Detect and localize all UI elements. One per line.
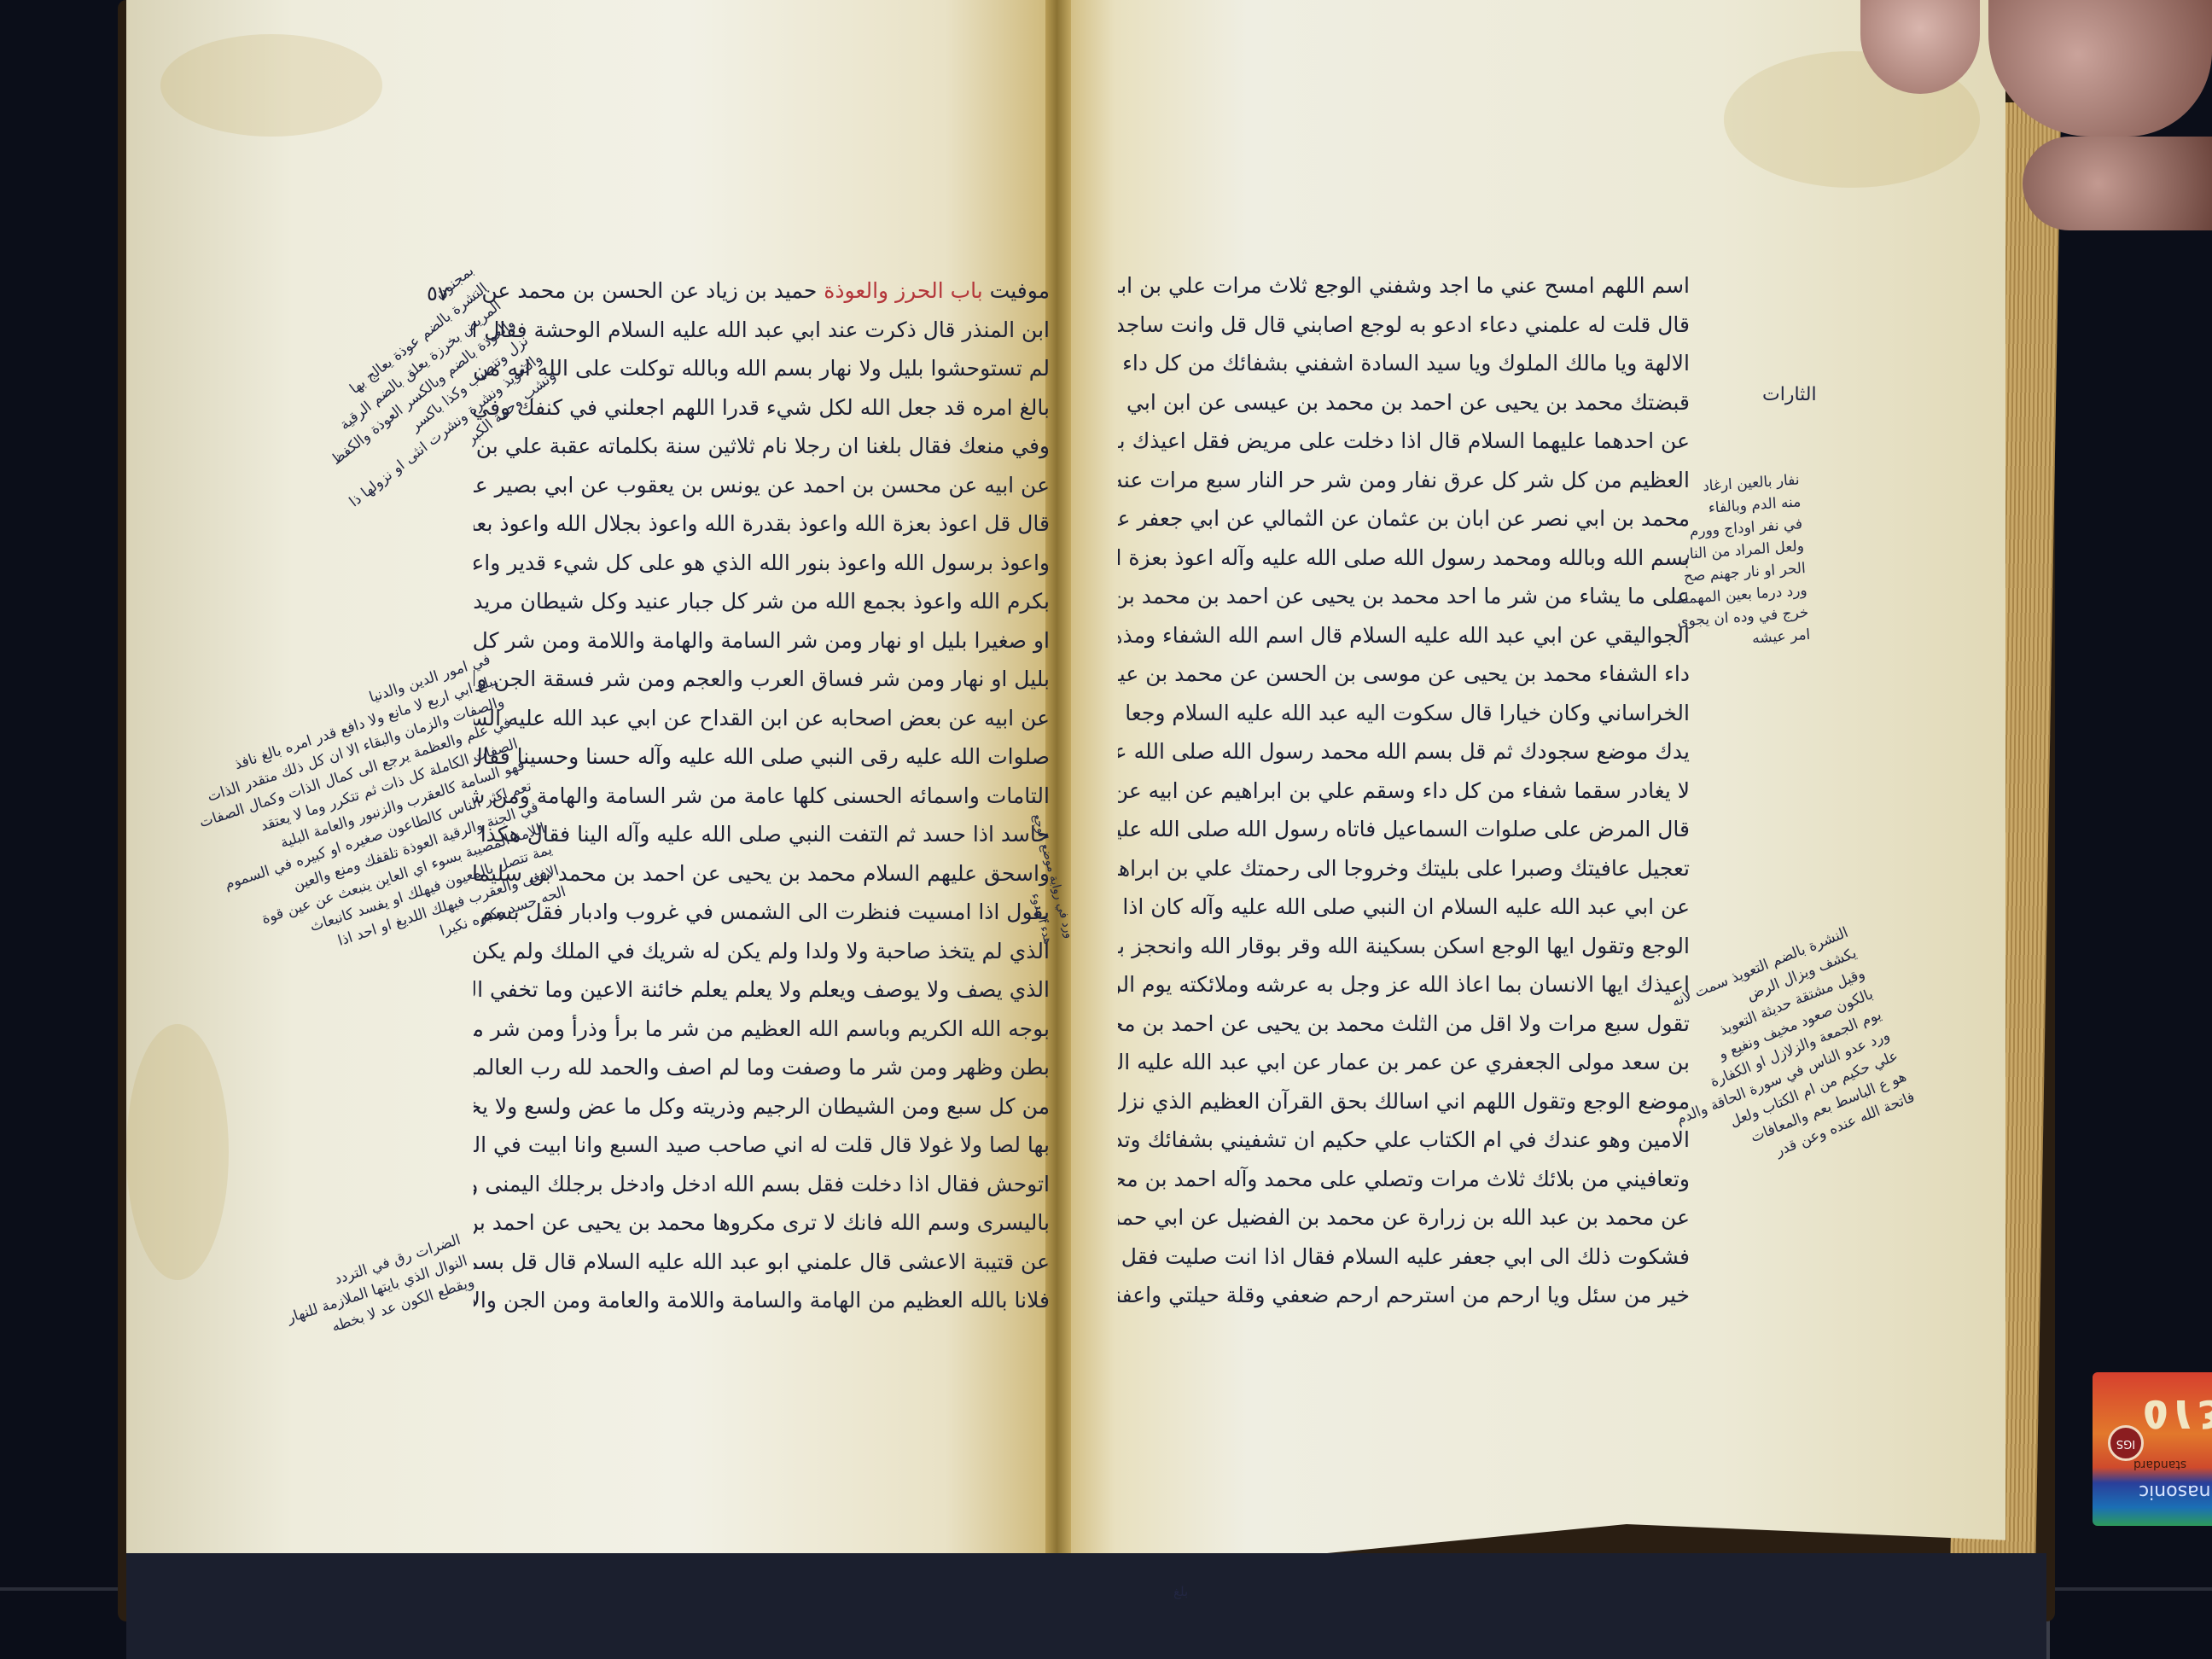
manuscript-line: فشكوت ذلك الى ابي جعفر عليه السلام فقال … <box>1118 1237 1690 1277</box>
manuscript-line: يدك موضع سجودك ثم قل بسم الله محمد رسول … <box>1118 732 1690 771</box>
manuscript-line: وفي منعك فقال بلغنا ان رجلا نام ثلاثين س… <box>474 427 1050 466</box>
manuscript-line: بها لصا ولا غولا قال قلت له اني صاحب صيد… <box>474 1126 1050 1165</box>
manuscript-line: بكرم الله واعوذ بجمع الله من شر كل جبار … <box>474 582 1050 621</box>
margin-note-upper-right: نفار بالعين ارغادمنه الدم وبالفاءفي نفر … <box>1654 469 1811 655</box>
manuscript-line: اعيذك ايها الانسان بما اعاذ الله عز وجل … <box>1118 965 1690 1004</box>
finger <box>2023 137 2212 230</box>
paper-stain <box>160 34 382 137</box>
manuscript-line: قال قل اعوذ بعزة الله واعوذ بقدرة الله و… <box>474 504 1050 544</box>
manuscript-line: الوجع وتقول ايها الوجع اسكن بسكينة الله … <box>1118 927 1690 966</box>
margin-note-line: بلغ <box>1173 1580 1188 1603</box>
manuscript-line: الخراساني وكان خيارا قال سكوت اليه عبد ا… <box>1118 694 1690 733</box>
card-subtext: standard <box>2133 1458 2186 1471</box>
manuscript-line: قال قلت له علمني دعاء ادعو به لوجع اصابن… <box>1118 306 1690 345</box>
manuscript-line: بسم الله وبالله ومحمد رسول الله صلى الله… <box>1118 538 1690 578</box>
manuscript-line: محمد بن ابي نصر عن ابان بن عثمان عن الثم… <box>1118 499 1690 538</box>
manuscript-line: صلوات الله عليه رقى النبي صلى الله عليه … <box>474 737 1050 777</box>
manuscript-line: اسم اللهم امسح عني ما اجد وشفني الوجع ثل… <box>1118 266 1690 306</box>
manuscript-line: على ما يشاء من شر ما احد محمد بن يحيى عن… <box>1118 577 1690 616</box>
manuscript-line: عن ابيه عن بعض اصحابه عن ابن القداح عن ا… <box>474 699 1050 738</box>
manuscript-line: الذي لم يتخذ صاحبة ولا ولدا ولم يكن له ش… <box>474 932 1050 971</box>
manuscript-line: وتعافيني من بلائك ثلاث مرات وتصلي على مح… <box>1118 1160 1690 1199</box>
manuscript-line: تقول سبع مرات ولا اقل من الثلث محمد بن ي… <box>1118 1004 1690 1044</box>
manuscript-line: الجواليقي عن ابي عبد الله عليه السلام قا… <box>1118 616 1690 655</box>
card-brand: panasonic <box>2139 1481 2212 1502</box>
manuscript-line: خير من سئل ويا ارحم من استرحم ارحم ضعفي … <box>1118 1276 1690 1315</box>
manuscript-line: باليسرى وسم الله فانك لا ترى مكروها محمد… <box>474 1203 1050 1243</box>
manuscript-line: بن سعد مولى الجعفري عن عمر بن عمار عن اب… <box>1118 1043 1690 1082</box>
manuscript-line: عن ابيه عن محسن بن احمد عن يونس بن يعقوب… <box>474 466 1050 505</box>
manuscript-line: الالهة ويا مالك الملوك ويا سيد السادة اش… <box>1118 344 1690 383</box>
header-note: الثارات <box>1762 384 1817 406</box>
manuscript-line: موضع الوجع وتقول اللهم اني اسالك بحق الق… <box>1118 1082 1690 1121</box>
manuscript-line: عن قتيبة الاعشى قال علمني ابو عبد الله ع… <box>474 1243 1050 1282</box>
manuscript-line: واعوذ برسول الله واعوذ بنور الله الذي هو… <box>474 544 1050 583</box>
manuscript-line: داء الشفاء محمد بن يحيى عن موسى بن الحسن… <box>1118 655 1690 694</box>
manuscript-line: الذي يصف ولا يوصف ويعلم ولا يعلم يعلم خا… <box>474 970 1050 1010</box>
manuscript-line: العظيم من كل شر كل عرق نفار ومن شر حر ال… <box>1118 461 1690 500</box>
manuscript-line: فلانا بالله العظيم من الهامة والسامة وال… <box>474 1281 1050 1320</box>
manuscript-line: بطن وظهر ومن شر ما وصفت وما لم اصف والحم… <box>474 1048 1050 1087</box>
manuscript-line: عن ابي عبد الله عليه السلام ان النبي صلى… <box>1118 888 1690 927</box>
manuscript-line: الامين وهو عندك في ام الكتاب علي حكيم ان… <box>1118 1121 1690 1160</box>
rubric-heading: باب الحرز والعوذة <box>824 278 982 303</box>
table-surface <box>126 1553 2046 1659</box>
manuscript-line: من كل سبع ومن الشيطان الرجيم وذريته وكل … <box>474 1087 1050 1126</box>
manuscript-line: بالغ امره قد جعل الله لكل شيء قدرا اللهم… <box>474 388 1050 428</box>
right-page-main-text: اسم اللهم امسح عني ما اجد وشفني الوجع ثل… <box>1118 266 1690 1315</box>
manuscript-line: اتوحش فقال اذا دخلت فقل بسم الله ادخل وا… <box>474 1165 1050 1204</box>
manuscript-line: لا يغادر سقما شفاء من كل داء وسقم علي بن… <box>1118 771 1690 811</box>
card-logo-icon: IGS <box>2108 1425 2144 1461</box>
manuscript-line: تعجيل عافيتك وصبرا على بليتك وخروجا الى … <box>1118 849 1690 888</box>
manuscript-line: حاسد اذا حسد ثم التفت النبي صلى الله علي… <box>474 815 1050 854</box>
manuscript-line: بليل او نهار ومن شر فساق العرب والعجم وم… <box>474 660 1050 699</box>
manuscript-line: بوجه الله الكريم وباسم الله العظيم من شر… <box>474 1010 1050 1049</box>
manuscript-line: عن احدهما عليهما السلام قال اذا دخلت على… <box>1118 422 1690 461</box>
margin-note-bottom: بلغ <box>1173 1580 1188 1603</box>
paper-stain <box>126 1024 229 1280</box>
manuscript-line: التامات واسمائه الحسنى كلها عامة من شر ا… <box>474 777 1050 816</box>
manuscript-line: ابن المنذر قال ذكرت عند ابي عبد الله علي… <box>474 311 1050 350</box>
manuscript-line: قبضتك محمد بن يحيى عن احمد بن محمد بن عي… <box>1118 383 1690 422</box>
manuscript-line: موفيت باب الحرز والعوذة حميد بن زياد عن … <box>474 271 1050 311</box>
manuscript-line: قال المرض على صلوات السماعيل فاتاه رسول … <box>1118 810 1690 849</box>
manuscript-line: عن محمد بن عبد الله بن زرارة عن محمد بن … <box>1118 1198 1690 1237</box>
manuscript-line: او صغيرا بليل او نهار ومن شر السامة واله… <box>474 621 1050 661</box>
left-page-main-text: موفيت باب الحرز والعوذة حميد بن زياد عن … <box>474 271 1050 1320</box>
card-number: ٤١٥ <box>2142 1389 2212 1441</box>
